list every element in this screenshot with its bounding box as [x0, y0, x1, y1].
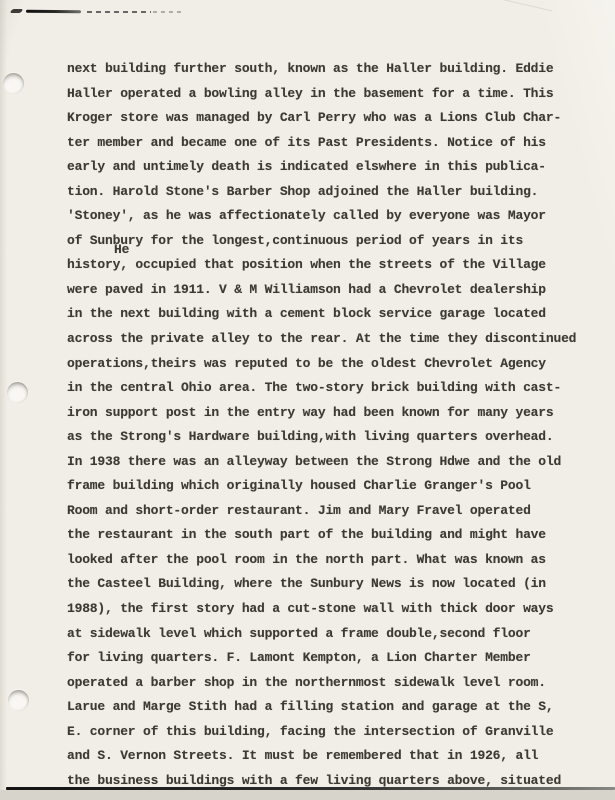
typed-line: early and untimely death is indicated el… [67, 155, 587, 180]
typed-line: operated a barber shop in the northernmo… [67, 671, 587, 696]
punch-hole [8, 690, 29, 711]
page-bottom-edge-shadow [6, 787, 615, 790]
smudge-mark [26, 10, 81, 14]
typed-line: as the Strong's Hardware building,with l… [67, 425, 587, 450]
typed-line: frame building which originally housed C… [67, 474, 587, 499]
typed-insertion: He [114, 243, 129, 256]
typed-line: 'Stoney', as he was affectionately calle… [67, 204, 587, 229]
smudge-mark [87, 11, 151, 13]
typed-line: tion. Harold Stone's Barber Shop adjoine… [67, 180, 587, 205]
typed-line: at sidewalk level which supported a fram… [67, 622, 587, 647]
typed-line: and S. Vernon Streets. It must be rememb… [67, 744, 587, 769]
typed-line: In 1938 there was an alleyway between th… [67, 450, 587, 475]
typed-line: ter member and became one of its Past Pr… [67, 131, 587, 156]
page-edge-shading [0, 0, 7, 800]
typed-line: operations,theirs was reputed to be the … [67, 352, 587, 377]
scanned-page: next building further south, known as th… [0, 0, 615, 800]
typed-line: the restaurant in the south part of the … [67, 523, 587, 548]
punch-hole [3, 73, 24, 94]
smudge-mark [10, 9, 24, 13]
typed-line: Haller operated a bowling alley in the b… [67, 82, 587, 107]
typed-line: iron support post in the entry way had b… [67, 401, 587, 426]
paper-crease [387, 0, 552, 50]
typed-line: for living quarters. F. Lamont Kempton, … [67, 646, 587, 671]
typed-line: history, occupied that position when the… [67, 253, 587, 278]
typed-line: of Sunbury for the longest,continuous pe… [67, 229, 587, 254]
typed-line: in the next building with a cement block… [67, 302, 587, 327]
typed-line: 1988), the first story had a cut-stone w… [67, 597, 587, 622]
typed-line: were paved in 1911. V & M Williamson had… [67, 278, 587, 303]
typed-line: Larue and Marge Stith had a filling stat… [67, 695, 587, 720]
smudge-mark [153, 11, 181, 13]
typed-line: across the private alley to the rear. At… [67, 327, 587, 352]
typed-line: next building further south, known as th… [67, 57, 587, 82]
typed-line: Room and short-order restaurant. Jim and… [67, 499, 587, 524]
punch-hole [7, 382, 28, 403]
typed-line: looked after the pool room in the north … [67, 548, 587, 573]
typed-text-block: next building further south, known as th… [67, 57, 587, 793]
typed-line: the Casteel Building, where the Sunbury … [67, 572, 587, 597]
typed-line: E. corner of this building, facing the i… [67, 720, 587, 745]
typed-line: Kroger store was managed by Carl Perry w… [67, 106, 587, 131]
typed-line: in the central Ohio area. The two-story … [67, 376, 587, 401]
scan-bed-strip [0, 790, 615, 800]
